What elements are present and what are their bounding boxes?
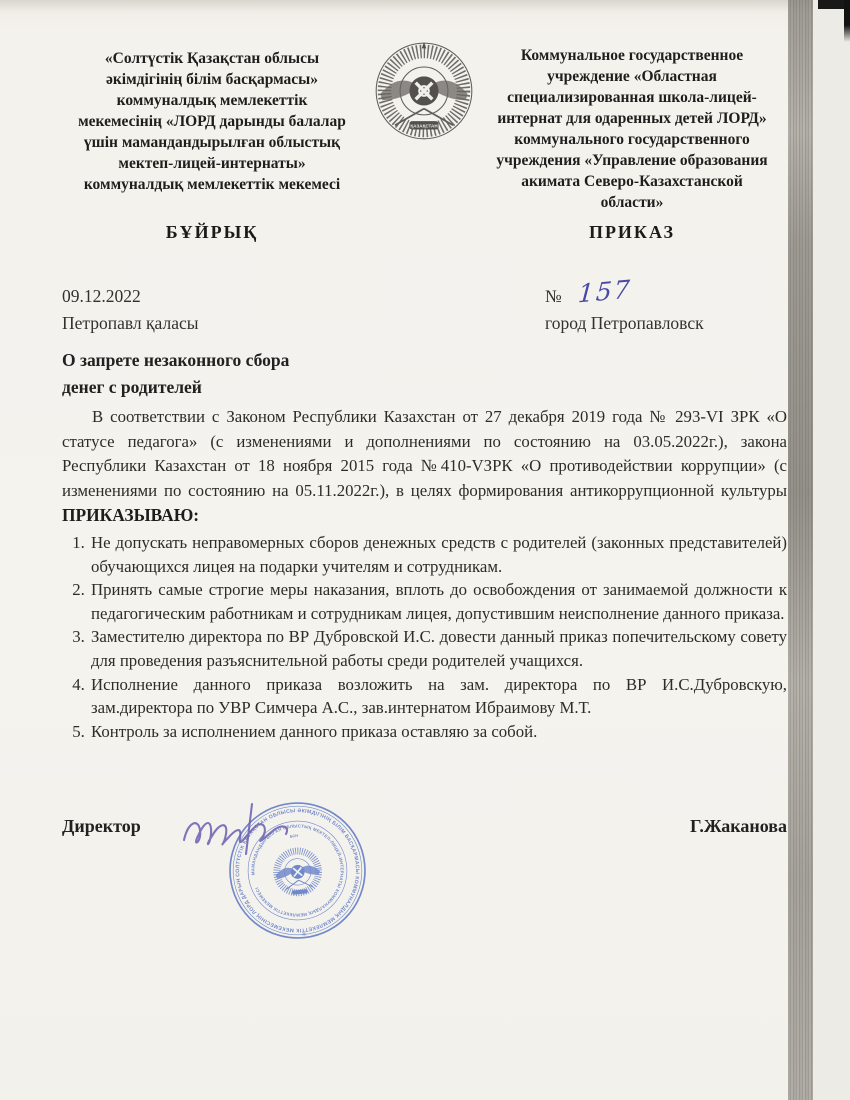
scanned-document-page: «Солтүстік Қазақстан облысы әкімдігінің … xyxy=(0,0,850,1100)
scan-shadow-top xyxy=(0,0,850,12)
signature-row: Директор Г.Жаканова xyxy=(62,816,787,837)
order-item: Контроль за исполнением данного приказа … xyxy=(89,720,787,744)
place-kazakh: Петропавл қаласы xyxy=(62,313,199,334)
order-item: Исполнение данного приказа возложить на … xyxy=(89,673,787,720)
kazakhstan-coat-of-arms-icon: ҚАЗАҚСТАН xyxy=(372,40,476,144)
order-title-kazakh: БҰЙРЫҚ xyxy=(58,222,366,243)
place-russian: город Петропавловск xyxy=(545,313,704,334)
signer-role: Директор xyxy=(62,816,141,837)
intro-directive: ПРИКАЗЫВАЮ: xyxy=(62,505,199,525)
order-number-handwritten: 157 xyxy=(577,275,633,309)
order-items-list: Не допускать неправомерных сборов денежн… xyxy=(62,531,787,743)
org-name-kazakh: «Солтүстік Қазақстан облысы әкімдігінің … xyxy=(58,48,366,195)
seal-star-separator: ✳ xyxy=(301,931,307,939)
order-number-label: № xyxy=(545,286,562,307)
scan-margin-right xyxy=(813,0,850,1100)
order-item: Заместителю директора по ВР Дубровской И… xyxy=(89,625,787,672)
scan-corner-artifact xyxy=(844,0,850,42)
order-item: Принять самые строгие меры наказания, вп… xyxy=(89,578,787,625)
intro-paragraph: В соответствии с Законом Республики Каза… xyxy=(62,405,787,529)
order-subject: О запрете незаконного сбора денег с роди… xyxy=(62,347,382,401)
order-body: В соответствии с Законом Республики Каза… xyxy=(62,405,787,743)
order-date: 09.12.2022 xyxy=(62,286,141,307)
intro-text: В соответствии с Законом Республики Каза… xyxy=(62,407,787,500)
director-signature xyxy=(178,796,348,868)
order-item: Не допускать неправомерных сборов денежн… xyxy=(89,531,787,578)
order-title-russian: ПРИКАЗ xyxy=(468,222,796,243)
emblem-banner-label: ҚАЗАҚСТАН xyxy=(410,123,437,128)
signer-name: Г.Жаканова xyxy=(690,816,787,837)
org-name-russian: Коммунальное государственное учреждение … xyxy=(468,45,796,213)
